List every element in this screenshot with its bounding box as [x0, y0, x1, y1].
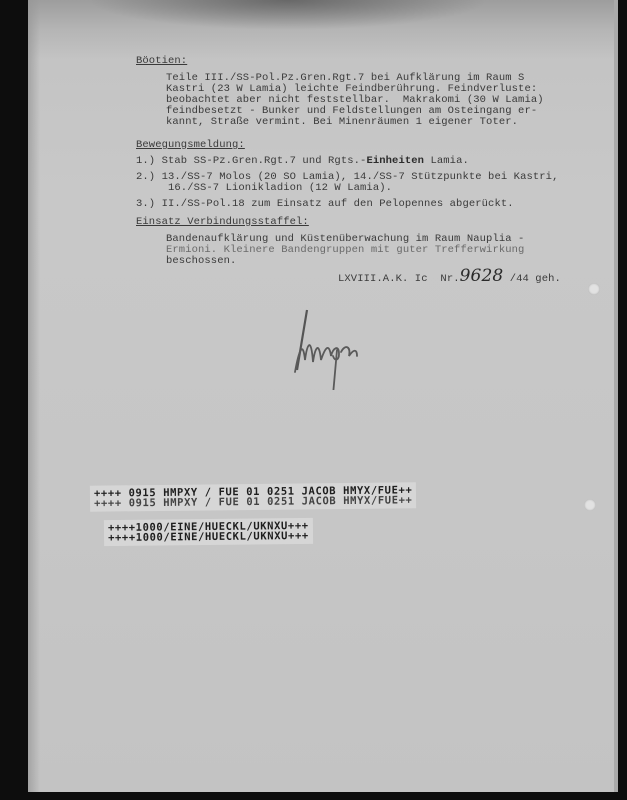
- list-item: 3.) II./SS-Pol.18 zum Einsatz auf den Pe…: [136, 199, 514, 210]
- teletype-line: ++++ 0915 HMPXY / FUE 01 0251 JACOB HMYX…: [94, 495, 412, 508]
- item-text: Stab SS-Pz.Gren.Rgt.7 und Rgts.-: [162, 155, 367, 167]
- item-text: Lamia.: [424, 155, 469, 167]
- item-number: 3.): [136, 198, 155, 210]
- page-edge: [614, 0, 618, 792]
- section-line: kannt, Straße vermint. Bei Minenräumen 1…: [166, 117, 518, 128]
- reference-line: LXVIII.A.K. Ic Nr.9628 /44 geh.: [338, 271, 561, 285]
- section-line: beschossen.: [166, 256, 236, 267]
- reference-prefix: LXVIII.A.K. Ic Nr.: [338, 273, 460, 285]
- section-heading-einsatz: Einsatz Verbindungsstaffel:: [136, 217, 309, 228]
- item-text-bold: Einheiten: [366, 155, 424, 167]
- section-heading-bewegungsmeldung: Bewegungsmeldung:: [136, 140, 245, 151]
- item-text: II./SS-Pol.18 zum Einsatz auf den Pelope…: [162, 198, 514, 210]
- teletype-strip-2: ++++1000/EINE/HUECKL/UKNXU+++++++1000/EI…: [104, 518, 313, 546]
- reference-suffix: /44 geh.: [510, 273, 561, 285]
- item-number: 1.): [136, 155, 155, 167]
- teletype-line: ++++1000/EINE/HUECKL/UKNXU+++: [108, 531, 309, 543]
- teletype-strip-1: ++++ 0915 HMPXY / FUE 01 0251 JACOB HMYX…: [90, 482, 417, 511]
- list-item: 1.) Stab SS-Pz.Gren.Rgt.7 und Rgts.-Einh…: [136, 156, 469, 167]
- punch-hole: [584, 499, 596, 511]
- signature: [293, 300, 383, 390]
- section-heading-boeotien: Böotien:: [136, 56, 187, 67]
- handwritten-number: 9628: [460, 266, 504, 286]
- item-number: 2.): [136, 171, 155, 183]
- list-item-continuation: 16./SS-7 Lionikladion (12 W Lamia).: [168, 183, 392, 194]
- document-page: Böotien: Teile III./SS-Pol.Pz.Gren.Rgt.7…: [28, 0, 618, 792]
- punch-hole: [588, 283, 600, 295]
